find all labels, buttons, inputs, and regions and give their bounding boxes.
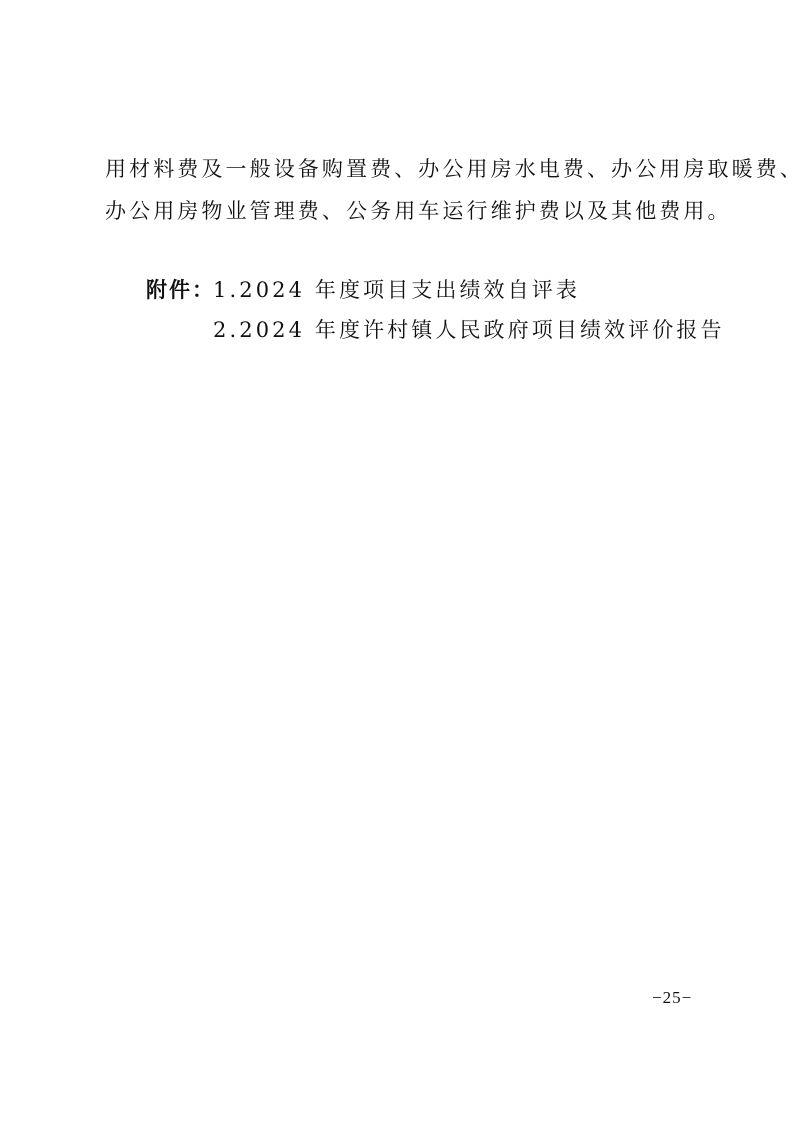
body-text-line-1: 用材料费及一般设备购置费、办公用房水电费、办公用房取暖费、 [105,155,793,183]
attachments-label: 附件： [146,276,215,304]
attachment-item-1: 1.2024 年度项目支出绩效自评表 [213,276,580,304]
page-number: −25− [652,988,692,1008]
attachment-item-2: 2.2024 年度许村镇人民政府项目绩效评价报告 [213,316,725,344]
body-text-line-2: 办公用房物业管理费、公务用车运行维护费以及其他费用。 [105,197,732,225]
